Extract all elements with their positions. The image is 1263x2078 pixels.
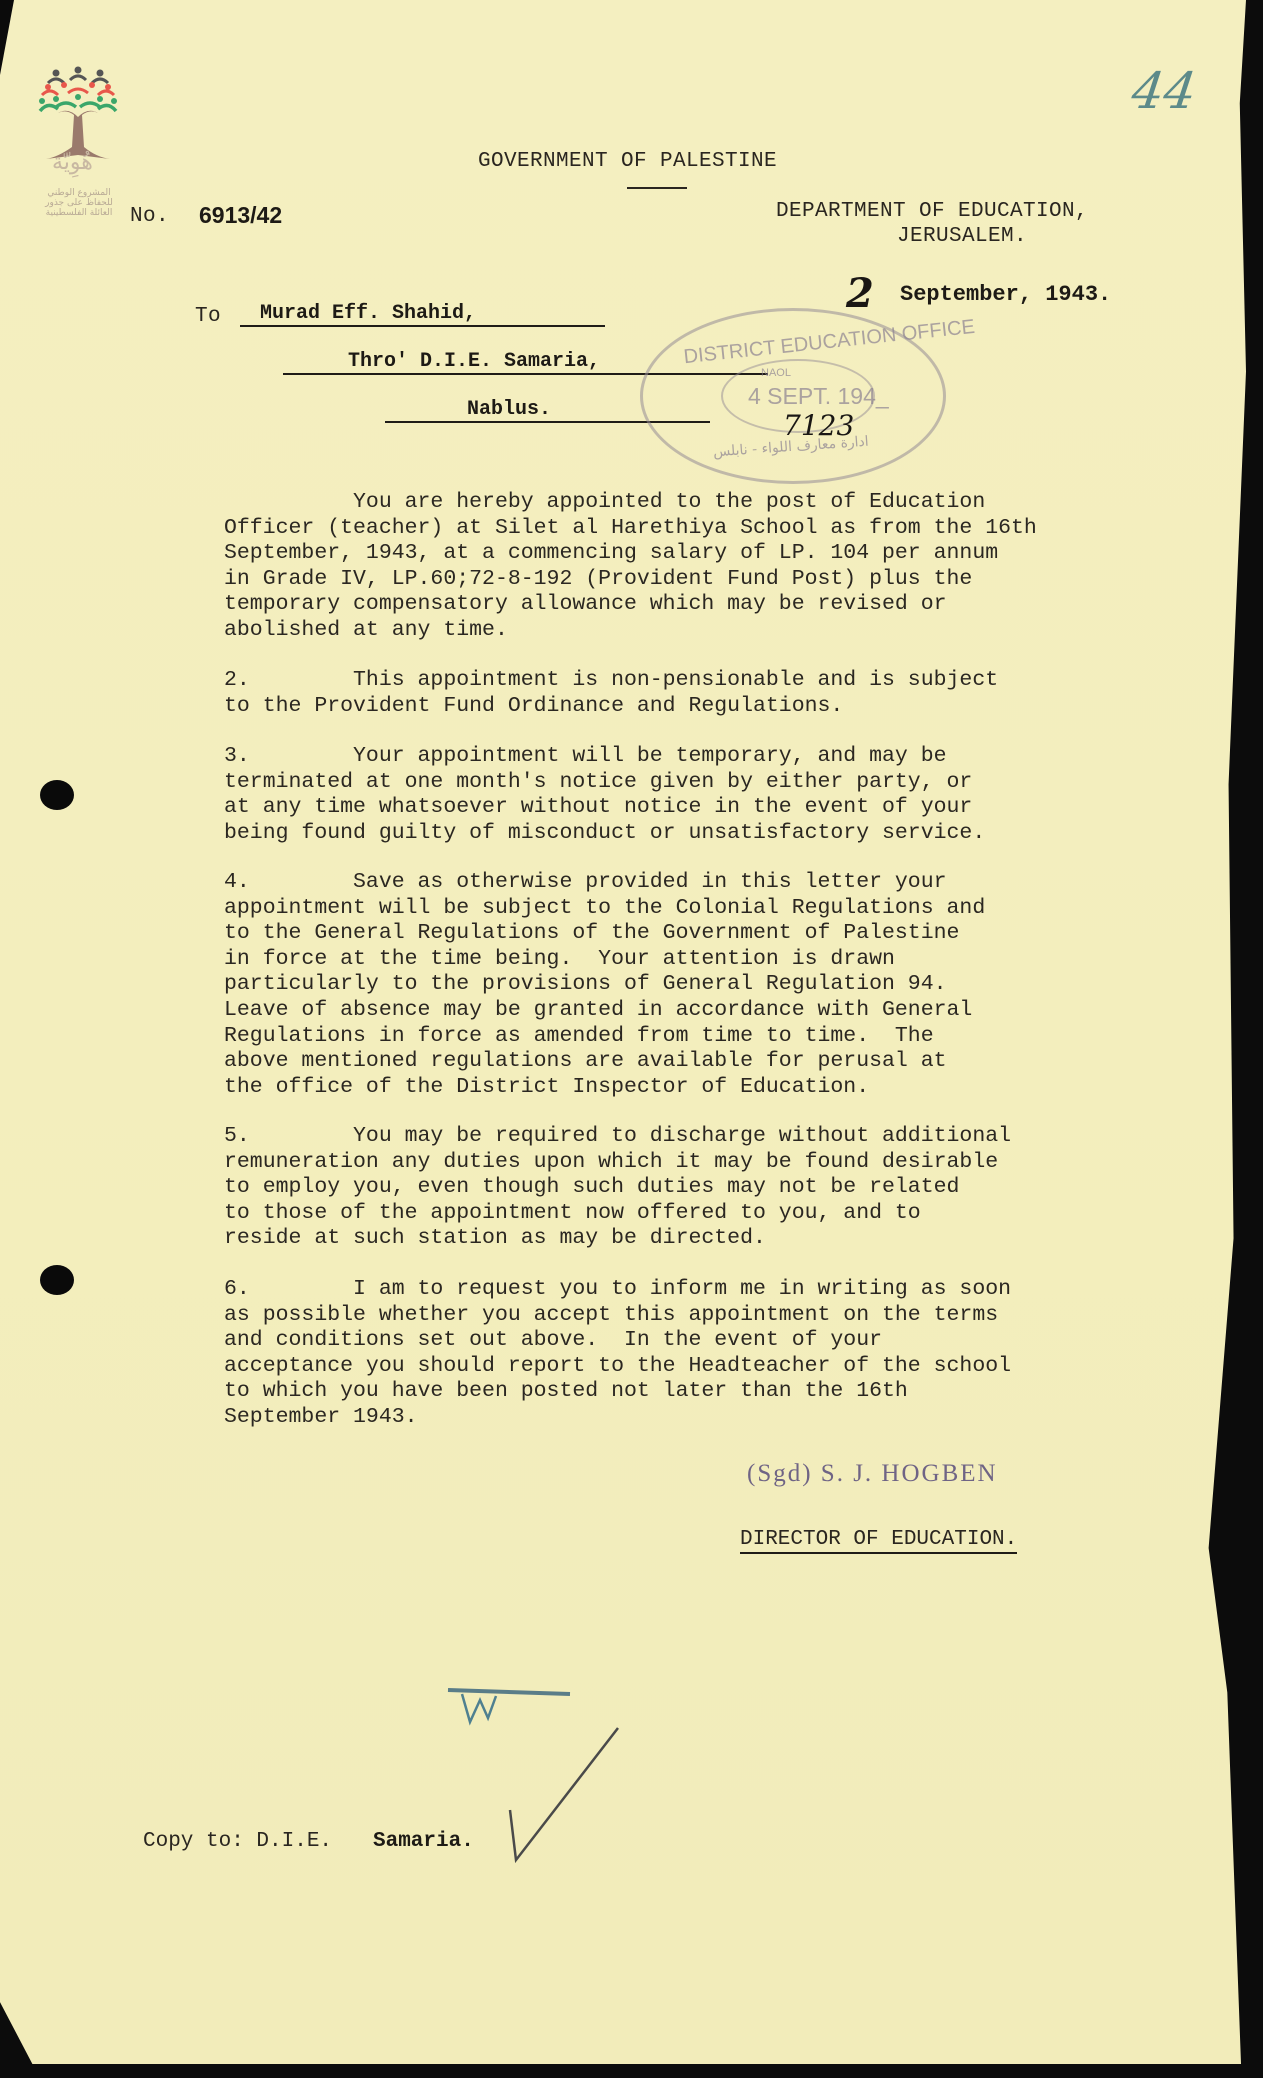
addressee-name: Murad Eff. Shahid, <box>240 302 605 327</box>
punch-hole <box>40 1265 74 1295</box>
paragraph-1-appointment: You are hereby appointed to the post of … <box>224 490 1144 644</box>
paragraph-4-regulations: 4. Save as otherwise provided in this le… <box>224 870 1144 1100</box>
copy-to-recipient: Samaria. <box>373 1830 474 1853</box>
reference-label: No. <box>130 205 169 228</box>
reference-number: 6913/42 <box>199 202 282 229</box>
heading-divider <box>627 187 687 189</box>
department-name: DEPARTMENT OF EDUCATION, <box>776 200 1088 223</box>
signature-stamp: (Sgd) S. J. HOGBEN <box>747 1460 998 1488</box>
date-month-year: September, 1943. <box>900 282 1111 307</box>
date-day-handwritten: 2 <box>846 270 874 317</box>
department-city: JERUSALEM. <box>897 225 1027 248</box>
paragraph-2-pension: 2. This appointment is non-pensionable a… <box>224 668 1144 719</box>
government-heading: GOVERNMENT OF PALESTINE <box>478 150 777 173</box>
paragraph-3-termination: 3. Your appointment will be temporary, a… <box>224 744 1144 846</box>
paragraph-6-acceptance: 6. I am to request you to inform me in w… <box>224 1277 1144 1431</box>
stamp-handwritten-number: 7123 <box>783 409 854 442</box>
archive-wordmark: هُوِيّة <box>52 150 93 175</box>
folio-number: 44 <box>1123 62 1205 120</box>
paragraph-5-duties: 5. You may be required to discharge with… <box>224 1124 1144 1252</box>
stamp-date: 4 SEPT. 194_ <box>748 383 889 410</box>
stamp-small-text: NAOL <box>761 367 791 379</box>
signatory-title: DIRECTOR OF EDUCATION. <box>740 1528 1017 1554</box>
archive-caption: المشروع الوطني للحفاظ على جذور العائلة ا… <box>34 188 124 218</box>
to-label: To <box>195 305 221 328</box>
document-page: هُوِيّة المشروع الوطني للحفاظ على جذور ا… <box>0 0 1246 2064</box>
district-education-office-stamp: DISTRICT EDUCATION OFFICE NAOL 4 SEPT. 1… <box>640 308 946 484</box>
checkmark-icon <box>500 1720 630 1870</box>
punch-hole <box>40 780 74 810</box>
copy-to-label: Copy to: D.I.E. <box>143 1830 332 1853</box>
